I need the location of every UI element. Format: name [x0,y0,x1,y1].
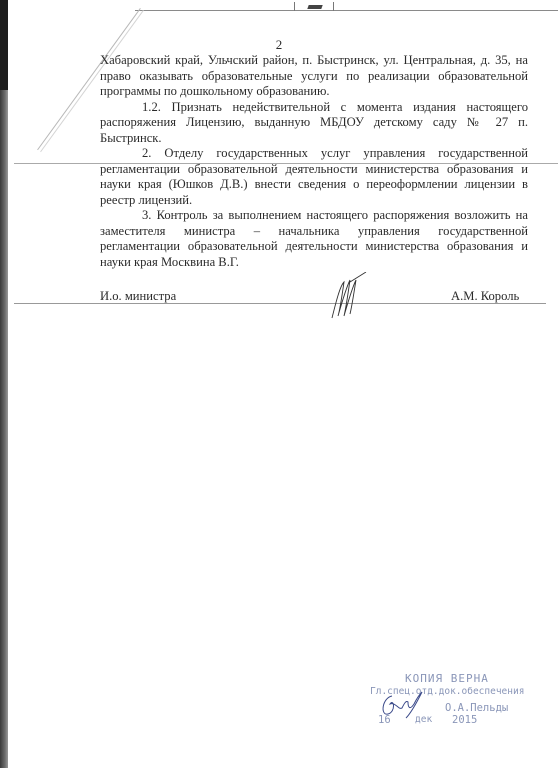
paragraph-3: 3. Контроль за выполнением настоящего ра… [100,208,528,270]
document-body: Хабаровский край, Ульчский район, п. Быс… [100,53,528,270]
stamp-title: КОПИЯ ВЕРНА [405,672,489,685]
scan-left-edge [0,0,8,768]
stamp-year: 2015 [452,714,477,726]
stamp-signature-icon [378,690,428,720]
paragraph-2: 2. Отделу государственных услуг управлен… [100,146,528,208]
staple-mark [307,5,322,9]
signatory-position: И.о. министра [100,289,176,304]
stamp-name: О.А.Пельды [445,702,508,714]
paragraph-address: Хабаровский край, Ульчский район, п. Быс… [100,53,528,100]
staple-mark-right [333,2,334,11]
page-number: 2 [0,37,558,53]
staple-mark-left [294,2,295,11]
signatory-name: А.М. Король [451,289,519,304]
scan-top-edge [135,10,558,11]
paragraph-1-2: 1.2. Признать недействительной с момента… [100,100,528,147]
handwritten-signature-icon [328,272,368,322]
